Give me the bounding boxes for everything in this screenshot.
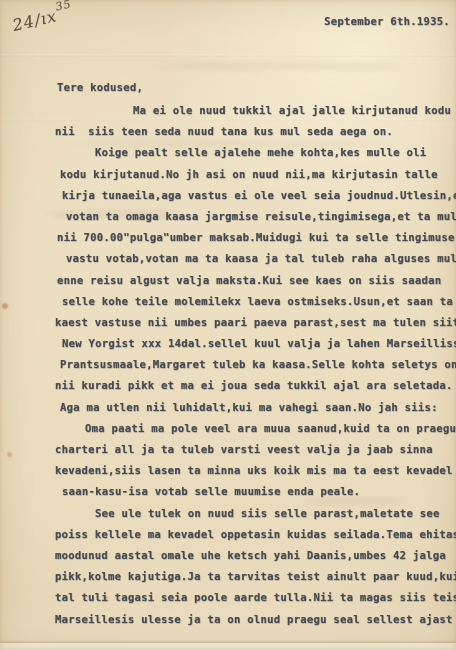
letter-line: votan ta omaga kaasa jargmise reisule,ti… — [55, 207, 456, 228]
letter-line: Ma ei ole nuud tukkil ajal jalle kirjuta… — [55, 101, 456, 122]
letter-line: pikk,kolme kajutiga.Ja ta tarvitas teist… — [55, 567, 456, 588]
letter-line: tal tuli tagasi seia poole aarde tulla.N… — [55, 588, 456, 609]
letter-line: moodunud aastal omale uhe ketsch yahi Da… — [55, 546, 456, 567]
letter-line: vastu votab,votan ma ta kaasa ja tal tul… — [55, 249, 456, 270]
handwritten-date-annotation: 24/ıx35 — [10, 1, 74, 35]
letter-line: New Yorgist xxx 14dal.sellel kuul valja … — [55, 334, 456, 355]
letter-line: kaest vastuse nii umbes paari paeva para… — [55, 313, 456, 334]
handwritten-date-superscript: 35 — [54, 0, 73, 14]
letter-line: kevadeni,siis lasen ta minna uks koik mi… — [55, 461, 456, 482]
letter-line: Aga ma utlen nii luhidalt,kui ma vahegi … — [55, 398, 456, 419]
letter-line: saan-kasu-isa votab selle muumise enda p… — [55, 482, 456, 503]
letter-line: Marseillesis ulesse ja ta on olnud praeg… — [55, 610, 456, 631]
letter-body: Ma ei ole nuud tukkil ajal jalle kirjuta… — [55, 101, 456, 631]
letter-line: nii 700.00"pulga"umber maksab.Muidugi ku… — [55, 228, 456, 249]
typed-date: September 6th.1935. — [324, 16, 450, 28]
letter-line: kirja tunaeila,aga vastus ei ole veel se… — [55, 186, 456, 207]
letter-line: Oma paati ma pole veel ara muua saanud,k… — [55, 419, 456, 440]
salutation: Tere kodused, — [57, 82, 143, 94]
letter-line: enne reisu algust valja maksta.Kui see k… — [55, 271, 456, 292]
letter-line: kodu kirjutanud.No jh asi on nuud nii,ma… — [55, 165, 456, 186]
paper-crease — [0, 54, 456, 57]
letter-line: nii siis teen seda nuud tana kus mul sed… — [55, 122, 456, 143]
letter-line: charteri all ja ta tuleb varsti veest va… — [55, 440, 456, 461]
letter-line: nii kuradi pikk et ma ei joua seda tukki… — [55, 376, 456, 397]
paper-stain — [7, 452, 12, 457]
letter-line: selle kohe teile molemilekx laeva ostmis… — [55, 292, 456, 313]
letter-line: Koige pealt selle ajalehe mehe kohta,kes… — [55, 143, 456, 164]
letter-line: See ule tulek on nuud siis selle parast,… — [55, 504, 456, 525]
letter-line: Prantsusmaale,Margaret tuleb ka kaasa.Se… — [55, 355, 456, 376]
letter-line: poiss kellele ma kevadel oppetasin kuida… — [55, 525, 456, 546]
bleed-through-texture — [150, 62, 410, 70]
paper-stain — [2, 303, 8, 309]
letter-page: 24/ıx35 September 6th.1935. Tere kodused… — [0, 0, 456, 650]
handwritten-date-main: 24/ıx — [11, 6, 59, 35]
paper-bottom-edge — [0, 643, 456, 650]
